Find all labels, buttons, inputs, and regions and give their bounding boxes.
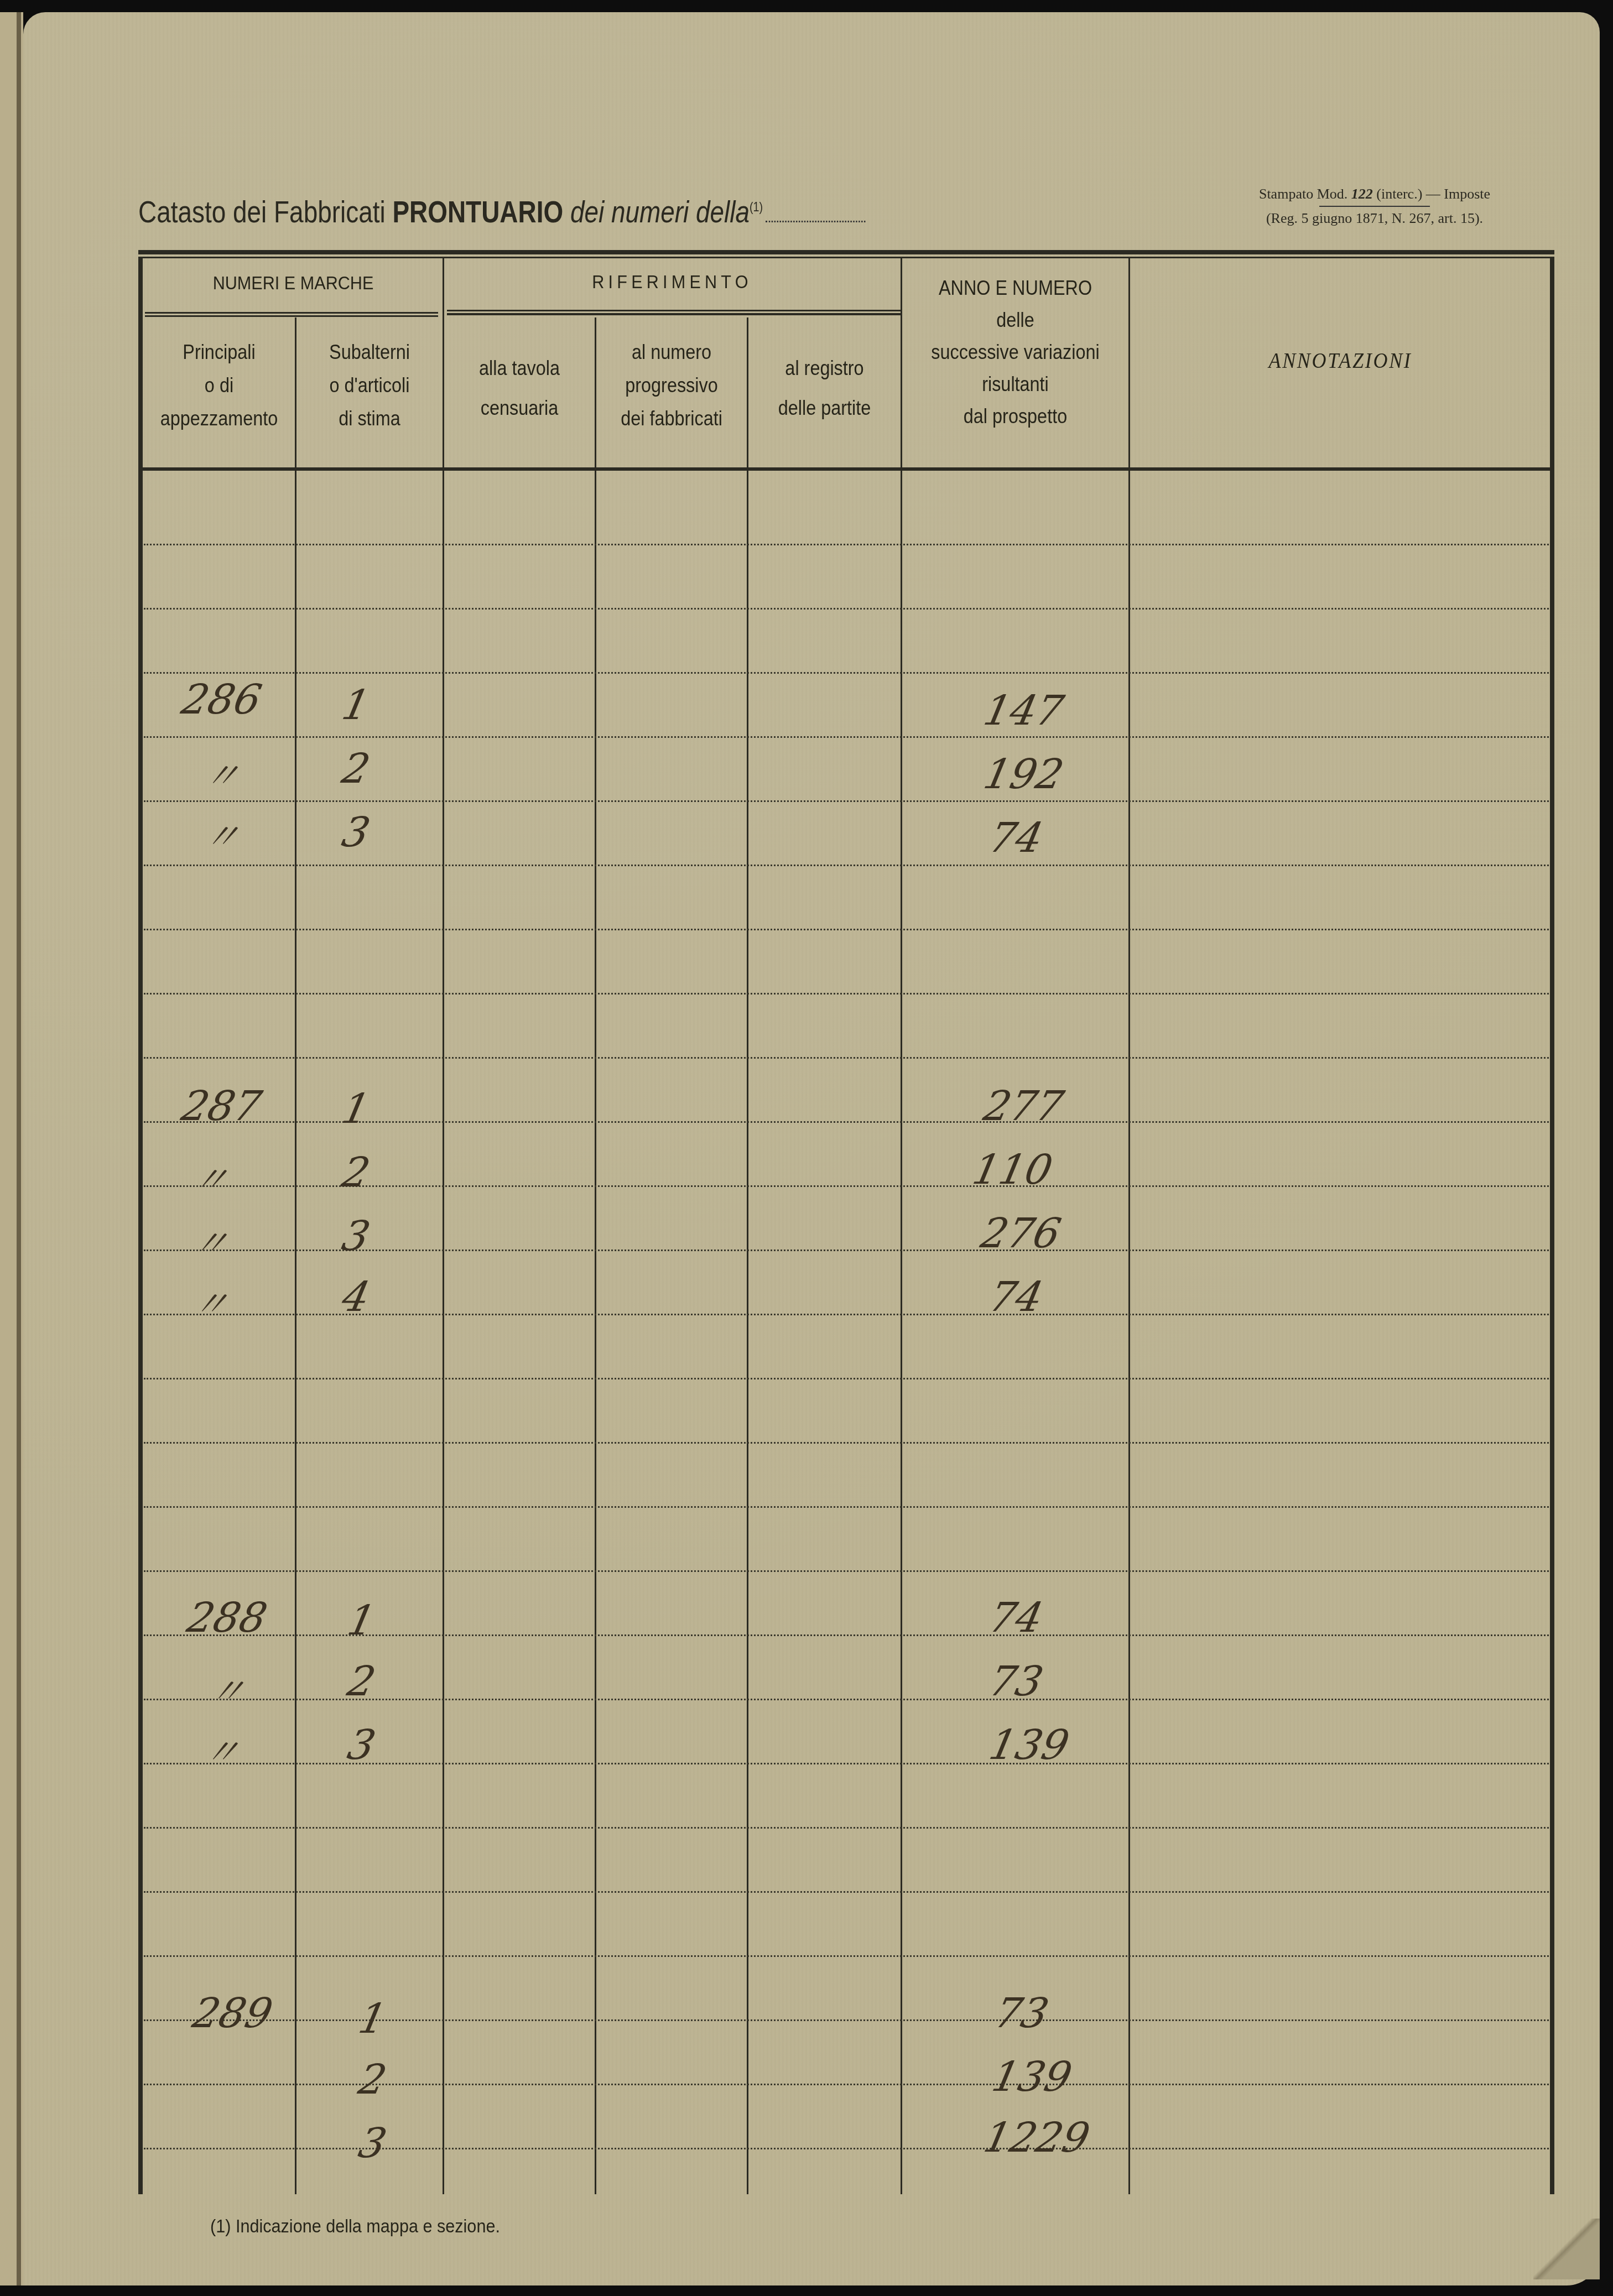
stamp-model-number: 122 xyxy=(1351,186,1373,202)
header-subalterni-l3: di stima xyxy=(304,402,435,435)
entry-variazione: 192 xyxy=(980,751,1068,798)
entry-ditto-mark: 〃 xyxy=(205,1663,251,1714)
table-top-border xyxy=(138,250,1554,254)
entry-ditto-mark: 〃 xyxy=(199,1724,246,1775)
row-separator xyxy=(144,929,1549,930)
entry-subalterno: 3 xyxy=(344,1721,379,1769)
row-separator xyxy=(144,1827,1549,1829)
entry-variazione: 139 xyxy=(985,1721,1074,1769)
entry-variazione: 74 xyxy=(985,1273,1047,1321)
entry-ditto-mark: 〃 xyxy=(199,748,246,799)
entry-ditto-mark: 〃 xyxy=(199,809,246,860)
row-separator xyxy=(144,1057,1549,1059)
entry-subalterno: 1 xyxy=(355,1995,391,2043)
group-rule-numeri-2 xyxy=(145,315,438,317)
header-registro: al registro delle partite xyxy=(756,348,893,428)
page-corner-fold xyxy=(1533,2219,1600,2279)
header-numero-l3: dei fabbricati xyxy=(604,402,740,435)
header-principali-l1: Principali xyxy=(152,336,287,369)
entry-subalterno: 1 xyxy=(338,1085,374,1133)
col-divider-2 xyxy=(443,258,444,2194)
header-anno-l4: risultanti xyxy=(913,368,1117,400)
form-stamp: Stampato Mod. 122 (interc.) — Imposte (R… xyxy=(1222,183,1527,230)
entry-variazione: 73 xyxy=(985,1658,1047,1705)
group-rule-riferimento-2 xyxy=(447,313,901,315)
entry-subalterno: 3 xyxy=(338,809,374,856)
header-numero-l2: progressivo xyxy=(604,369,740,402)
row-separator xyxy=(144,736,1549,738)
stamp-regulation: (Reg. 5 giugno 1871, N. 267, art. 15). xyxy=(1222,207,1527,230)
row-separator xyxy=(144,2084,1549,2085)
header-numeri-e-marche: NUMERI E MARCHE xyxy=(164,267,423,300)
header-anno-numero: ANNO E NUMERO delle successive variazion… xyxy=(913,272,1117,433)
header-subalterni: Subalterni o d'articoli di stima xyxy=(304,336,435,435)
header-anno-l5: dal prospetto xyxy=(913,400,1117,433)
header-riferimento: RIFERIMENTO xyxy=(471,265,874,299)
row-separator xyxy=(144,608,1549,610)
entry-principale-288: 288 xyxy=(183,1594,272,1642)
entry-principale-287: 287 xyxy=(178,1082,266,1130)
group-rule-riferimento xyxy=(447,310,901,311)
row-separator xyxy=(144,544,1549,545)
header-numero-l1: al numero xyxy=(604,336,740,369)
col-divider-1 xyxy=(295,317,296,2194)
entry-subalterno: 2 xyxy=(338,1149,374,1196)
title-footnote-mark: (1) xyxy=(750,200,763,215)
header-bottom-border xyxy=(143,467,1550,471)
row-separator xyxy=(144,1506,1549,1508)
header-principali: Principali o di appezzamento xyxy=(152,336,287,435)
table-top-border-thin xyxy=(138,257,1554,258)
row-separator xyxy=(144,1891,1549,1893)
entry-subalterno: 1 xyxy=(338,681,374,729)
row-separator xyxy=(144,2148,1549,2149)
entry-subalterno: 3 xyxy=(338,1212,374,1260)
header-annotazioni: ANNOTAZIONI xyxy=(1151,344,1529,377)
row-separator xyxy=(144,1570,1549,1572)
col-divider-4 xyxy=(747,317,748,2194)
entry-variazione: 1229 xyxy=(980,2114,1094,2162)
entry-ditto-mark: 〃 xyxy=(188,1276,235,1327)
row-separator xyxy=(144,1442,1549,1444)
row-separator xyxy=(144,993,1549,995)
header-numero-progressivo: al numero progressivo dei fabbricati xyxy=(604,336,740,435)
stamp-line-1: Stampato Mod. 122 (interc.) — Imposte xyxy=(1222,183,1527,206)
row-separator xyxy=(144,672,1549,674)
row-separator xyxy=(144,1955,1549,1957)
title-prontuario: PRONTUARIO xyxy=(392,194,563,229)
entry-principale-286: 286 xyxy=(178,676,266,723)
entry-variazione: 74 xyxy=(985,1594,1047,1642)
col-divider-3 xyxy=(595,317,596,2194)
entry-variazione: 276 xyxy=(977,1210,1065,1257)
row-separator xyxy=(144,800,1549,802)
col-divider-6 xyxy=(1128,258,1130,2194)
header-subalterni-l1: Subalterni xyxy=(304,336,435,369)
entry-ditto-mark: 〃 xyxy=(188,1152,235,1202)
row-separator xyxy=(144,2019,1549,2021)
entry-variazione: 147 xyxy=(980,687,1068,735)
page-title: Catasto dei Fabbricati PRONTUARIO dei nu… xyxy=(138,194,865,230)
row-separator xyxy=(144,865,1549,866)
footnote: (1) Indicazione della mappa e sezione. xyxy=(210,2216,500,2237)
page-binding xyxy=(17,12,21,2285)
header-principali-l2: o di xyxy=(152,369,287,402)
entry-variazione: 277 xyxy=(980,1082,1068,1130)
entry-ditto-mark: 〃 xyxy=(188,1215,235,1266)
entry-variazione: 74 xyxy=(985,814,1047,862)
entry-subalterno: 2 xyxy=(355,2056,391,2104)
entry-subalterno: 3 xyxy=(355,2120,391,2167)
entry-variazione: 110 xyxy=(969,1146,1057,1194)
title-numeri: dei numeri della xyxy=(570,194,750,229)
table-right-border xyxy=(1550,258,1554,2194)
entry-variazione: 73 xyxy=(991,1990,1053,2037)
entry-subalterno: 1 xyxy=(344,1597,379,1644)
header-tavola-l2: censuaria xyxy=(452,388,587,428)
row-separator xyxy=(144,1378,1549,1379)
header-principali-l3: appezzamento xyxy=(152,402,287,435)
title-catasto: Catasto dei Fabbricati xyxy=(138,194,386,229)
stamp-model-suffix: (interc.) — Imposte xyxy=(1376,186,1490,202)
col-divider-5 xyxy=(901,258,902,2194)
table-left-border xyxy=(138,258,143,2194)
header-tavola: alla tavola censuaria xyxy=(452,348,587,428)
header-anno-l2: delle xyxy=(913,304,1117,336)
entry-variazione: 139 xyxy=(988,2053,1076,2101)
stamp-model-label: Stampato Mod. xyxy=(1259,186,1347,202)
header-anno-l1: ANNO E NUMERO xyxy=(913,272,1117,304)
register-table: NUMERI E MARCHE RIFERIMENTO Principali o… xyxy=(138,250,1554,2194)
header-tavola-l1: alla tavola xyxy=(452,348,587,388)
header-subalterni-l2: o d'articoli xyxy=(304,369,435,402)
group-rule-numeri xyxy=(145,312,438,314)
header-anno-l3: successive variazioni xyxy=(913,336,1117,368)
title-fill-line xyxy=(766,204,865,222)
entry-subalterno: 2 xyxy=(338,745,374,793)
header-registro-l2: delle partite xyxy=(756,388,893,428)
header-registro-l1: al registro xyxy=(756,348,893,388)
entry-principale-289: 289 xyxy=(189,1990,277,2037)
